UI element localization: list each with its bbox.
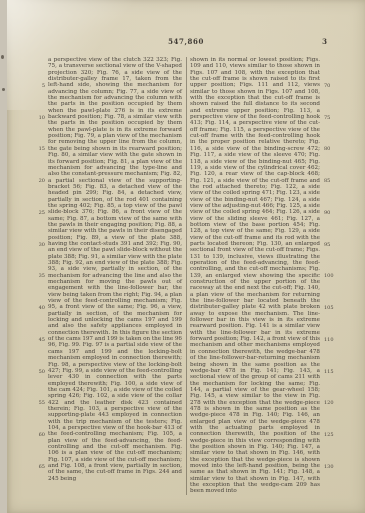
line-number: 65 xyxy=(37,438,48,470)
line-number: 15 xyxy=(37,121,48,153)
line-number: 5 xyxy=(37,57,48,89)
page-number: 3 xyxy=(322,37,327,46)
right-margin-line-numbers: 707580859095100105110115120125130 xyxy=(320,57,334,470)
line-number: 90 xyxy=(320,184,334,216)
line-number: 70 xyxy=(320,57,334,89)
left-column-text: a perspective view of the clutch 322 323… xyxy=(48,57,182,482)
scanned-document: 547,860 3 5101520253035404550556065 a pe… xyxy=(0,0,365,513)
line-number: 10 xyxy=(37,89,48,121)
scan-speck xyxy=(1,55,4,59)
line-number: 125 xyxy=(320,406,334,438)
line-number: 20 xyxy=(37,152,48,184)
line-number: 45 xyxy=(37,311,48,343)
page-header: 547,860 3 xyxy=(7,37,365,47)
line-number: 95 xyxy=(320,216,334,248)
line-number: 50 xyxy=(37,343,48,375)
line-number: 35 xyxy=(37,248,48,280)
line-number: 80 xyxy=(320,121,334,153)
line-number: 130 xyxy=(320,438,334,470)
line-number: 40 xyxy=(37,279,48,311)
right-column-text: shown in its normal or lowest position; … xyxy=(190,57,320,495)
line-number: 60 xyxy=(37,406,48,438)
line-number: 55 xyxy=(37,375,48,407)
scan-speck xyxy=(2,88,5,91)
line-number: 105 xyxy=(320,279,334,311)
line-number: 85 xyxy=(320,152,334,184)
patent-number: 547,860 xyxy=(7,37,365,46)
line-number: 30 xyxy=(37,216,48,248)
line-number: 120 xyxy=(320,375,334,407)
text-columns: 5101520253035404550556065 a perspective … xyxy=(37,57,334,495)
line-number: 75 xyxy=(320,89,334,121)
line-number: 25 xyxy=(37,184,48,216)
line-number: 100 xyxy=(320,248,334,280)
line-number: 110 xyxy=(320,311,334,343)
left-margin-line-numbers: 5101520253035404550556065 xyxy=(37,57,48,470)
column-divider-rule xyxy=(186,57,187,495)
line-number: 115 xyxy=(320,343,334,375)
paper-page: 547,860 3 5101520253035404550556065 a pe… xyxy=(7,0,365,513)
